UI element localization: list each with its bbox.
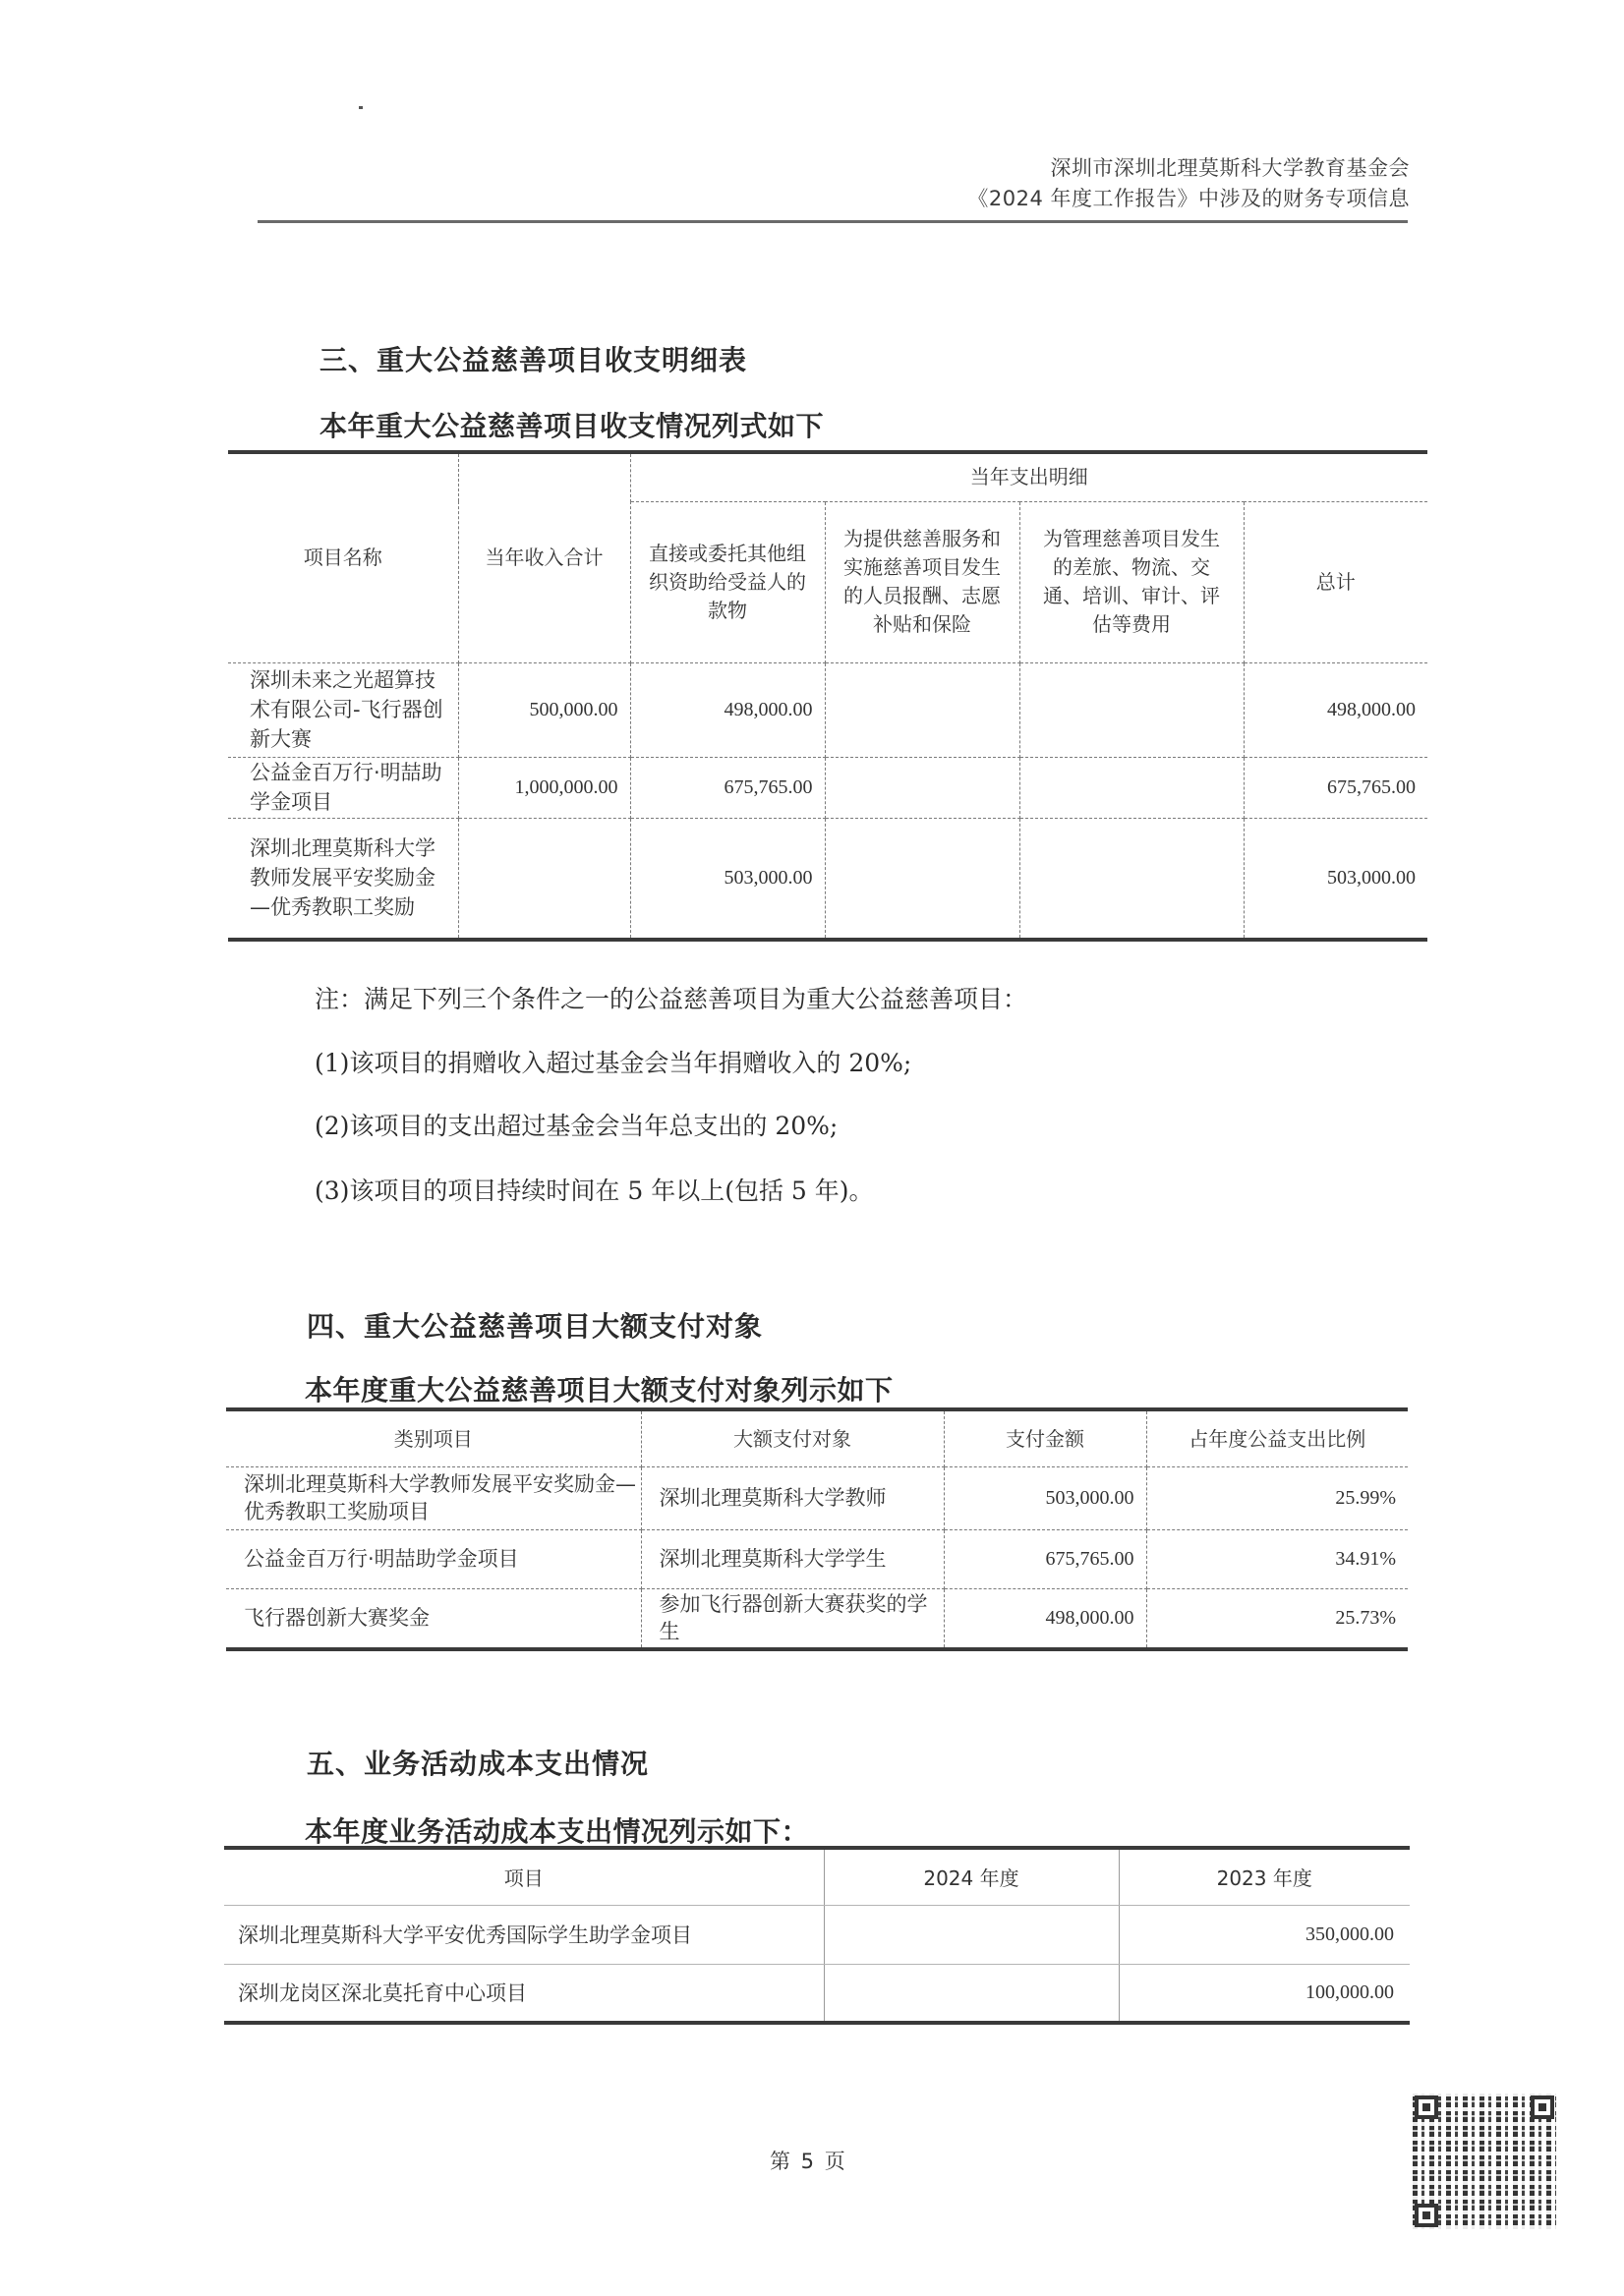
note-condition-2: (2)该项目的支出超过基金会当年总支出的 20%; — [315, 1107, 838, 1142]
section3-subtitle: 本年重大公益慈善项目收支情况列式如下 — [319, 405, 824, 444]
cell-direct-aid: 503,000.00 — [630, 818, 825, 940]
cell-2024 — [824, 1905, 1119, 1964]
scan-speck — [359, 106, 363, 109]
section5-title: 五、业务活动成本支出情况 — [307, 1743, 649, 1782]
col-direct-aid: 直接或委托其他组织资助给受益人的款物 — [630, 501, 825, 662]
section3-title: 三、重大公益慈善项目收支明细表 — [319, 339, 747, 378]
table-row: 深圳北理莫斯科大学教师发展平安奖励金—优秀教职工奖励项目 深圳北理莫斯科大学教师… — [226, 1466, 1408, 1529]
col-2023: 2023 年度 — [1119, 1848, 1410, 1905]
table-row: 深圳北理莫斯科大学教师发展平安奖励金—优秀教职工奖励 503,000.00 50… — [228, 818, 1427, 940]
cell-item: 深圳北理莫斯科大学平安优秀国际学生助学金项目 — [224, 1905, 824, 1964]
cell-personnel — [825, 818, 1019, 940]
cell-amount: 498,000.00 — [944, 1588, 1146, 1649]
cell-management — [1019, 818, 1244, 940]
col-expense-group: 当年支出明细 — [630, 452, 1427, 501]
cell-ratio: 25.73% — [1146, 1588, 1408, 1649]
major-projects-income-expense-table: 项目名称 当年收入合计 当年支出明细 直接或委托其他组织资助给受益人的款物 为提… — [228, 450, 1427, 942]
cell-category: 深圳北理莫斯科大学教师发展平安奖励金—优秀教职工奖励项目 — [226, 1466, 641, 1529]
cell-2023: 100,000.00 — [1119, 1964, 1410, 2023]
cell-2024 — [824, 1964, 1119, 2023]
cell-project-name: 公益金百万行·明喆助学金项目 — [228, 757, 458, 818]
cell-project-name: 深圳北理莫斯科大学教师发展平安奖励金—优秀教职工奖励 — [228, 818, 458, 940]
col-project-name: 项目名称 — [228, 452, 458, 662]
table-row: 深圳龙岗区深北莫托育中心项目 100,000.00 — [224, 1964, 1410, 2023]
cell-income: 500,000.00 — [458, 662, 630, 757]
cell-payee: 参加飞行器创新大赛获奖的学生 — [641, 1588, 944, 1649]
document-header: 深圳市深圳北理莫斯科大学教育基金会 《2024 年度工作报告》中涉及的财务专项信… — [967, 153, 1410, 214]
cell-income: 1,000,000.00 — [458, 757, 630, 818]
col-item: 项目 — [224, 1848, 824, 1905]
cell-total: 675,765.00 — [1244, 757, 1427, 818]
page-number: 第 5 页 — [770, 2146, 847, 2175]
col-ratio: 占年度公益支出比例 — [1146, 1409, 1408, 1466]
cell-direct-aid: 675,765.00 — [630, 757, 825, 818]
cell-total: 503,000.00 — [1244, 818, 1427, 940]
cell-item: 深圳龙岗区深北莫托育中心项目 — [224, 1964, 824, 2023]
cell-income — [458, 818, 630, 940]
table-row: 公益金百万行·明喆助学金项目 1,000,000.00 675,765.00 6… — [228, 757, 1427, 818]
table-row: 公益金百万行·明喆助学金项目 深圳北理莫斯科大学学生 675,765.00 34… — [226, 1529, 1408, 1588]
cell-management — [1019, 662, 1244, 757]
cell-amount: 503,000.00 — [944, 1466, 1146, 1529]
header-report-title: 《2024 年度工作报告》中涉及的财务专项信息 — [967, 184, 1410, 214]
cell-ratio: 34.91% — [1146, 1529, 1408, 1588]
cell-ratio: 25.99% — [1146, 1466, 1408, 1529]
qr-code-icon — [1413, 2094, 1556, 2229]
col-total: 总计 — [1244, 501, 1427, 662]
col-category: 类别项目 — [226, 1409, 641, 1466]
cell-payee: 深圳北理莫斯科大学学生 — [641, 1529, 944, 1588]
cell-total: 498,000.00 — [1244, 662, 1427, 757]
large-payment-recipients-table: 类别项目 大额支付对象 支付金额 占年度公益支出比例 深圳北理莫斯科大学教师发展… — [226, 1407, 1408, 1651]
section4-title: 四、重大公益慈善项目大额支付对象 — [307, 1305, 763, 1345]
section4-subtitle: 本年度重大公益慈善项目大额支付对象列示如下 — [305, 1369, 894, 1408]
qr-finder-icon — [1415, 2204, 1438, 2227]
cell-personnel — [825, 757, 1019, 818]
col-management: 为管理慈善项目发生的差旅、物流、交通、培训、审计、评估等费用 — [1019, 501, 1244, 662]
note-condition-1: (1)该项目的捐赠收入超过基金会当年捐赠收入的 20%; — [315, 1044, 911, 1079]
cell-direct-aid: 498,000.00 — [630, 662, 825, 757]
section5-subtitle: 本年度业务活动成本支出情况列示如下： — [305, 1810, 809, 1850]
cell-amount: 675,765.00 — [944, 1529, 1146, 1588]
col-amount: 支付金额 — [944, 1409, 1146, 1466]
cell-2023: 350,000.00 — [1119, 1905, 1410, 1964]
note-intro: 注：满足下列三个条件之一的公益慈善项目为重大公益慈善项目： — [315, 980, 1027, 1015]
col-2024: 2024 年度 — [824, 1848, 1119, 1905]
cell-payee: 深圳北理莫斯科大学教师 — [641, 1466, 944, 1529]
cell-personnel — [825, 662, 1019, 757]
table-row: 飞行器创新大赛奖金 参加飞行器创新大赛获奖的学生 498,000.00 25.7… — [226, 1588, 1408, 1649]
col-payee: 大额支付对象 — [641, 1409, 944, 1466]
business-activity-cost-table: 项目 2024 年度 2023 年度 深圳北理莫斯科大学平安优秀国际学生助学金项… — [224, 1846, 1410, 2025]
col-personnel: 为提供慈善服务和实施慈善项目发生的人员报酬、志愿补贴和保险 — [825, 501, 1019, 662]
col-income-total: 当年收入合计 — [458, 452, 630, 662]
cell-management — [1019, 757, 1244, 818]
note-condition-3: (3)该项目的项目持续时间在 5 年以上(包括 5 年)。 — [315, 1172, 874, 1207]
table-row: 深圳北理莫斯科大学平安优秀国际学生助学金项目 350,000.00 — [224, 1905, 1410, 1964]
header-divider — [258, 220, 1408, 223]
qr-finder-icon — [1531, 2095, 1554, 2119]
cell-project-name: 深圳未来之光超算技术有限公司-飞行器创新大赛 — [228, 662, 458, 757]
cell-category: 飞行器创新大赛奖金 — [226, 1588, 641, 1649]
header-org-name: 深圳市深圳北理莫斯科大学教育基金会 — [967, 153, 1410, 184]
qr-finder-icon — [1415, 2095, 1438, 2119]
cell-category: 公益金百万行·明喆助学金项目 — [226, 1529, 641, 1588]
table-row: 深圳未来之光超算技术有限公司-飞行器创新大赛 500,000.00 498,00… — [228, 662, 1427, 757]
